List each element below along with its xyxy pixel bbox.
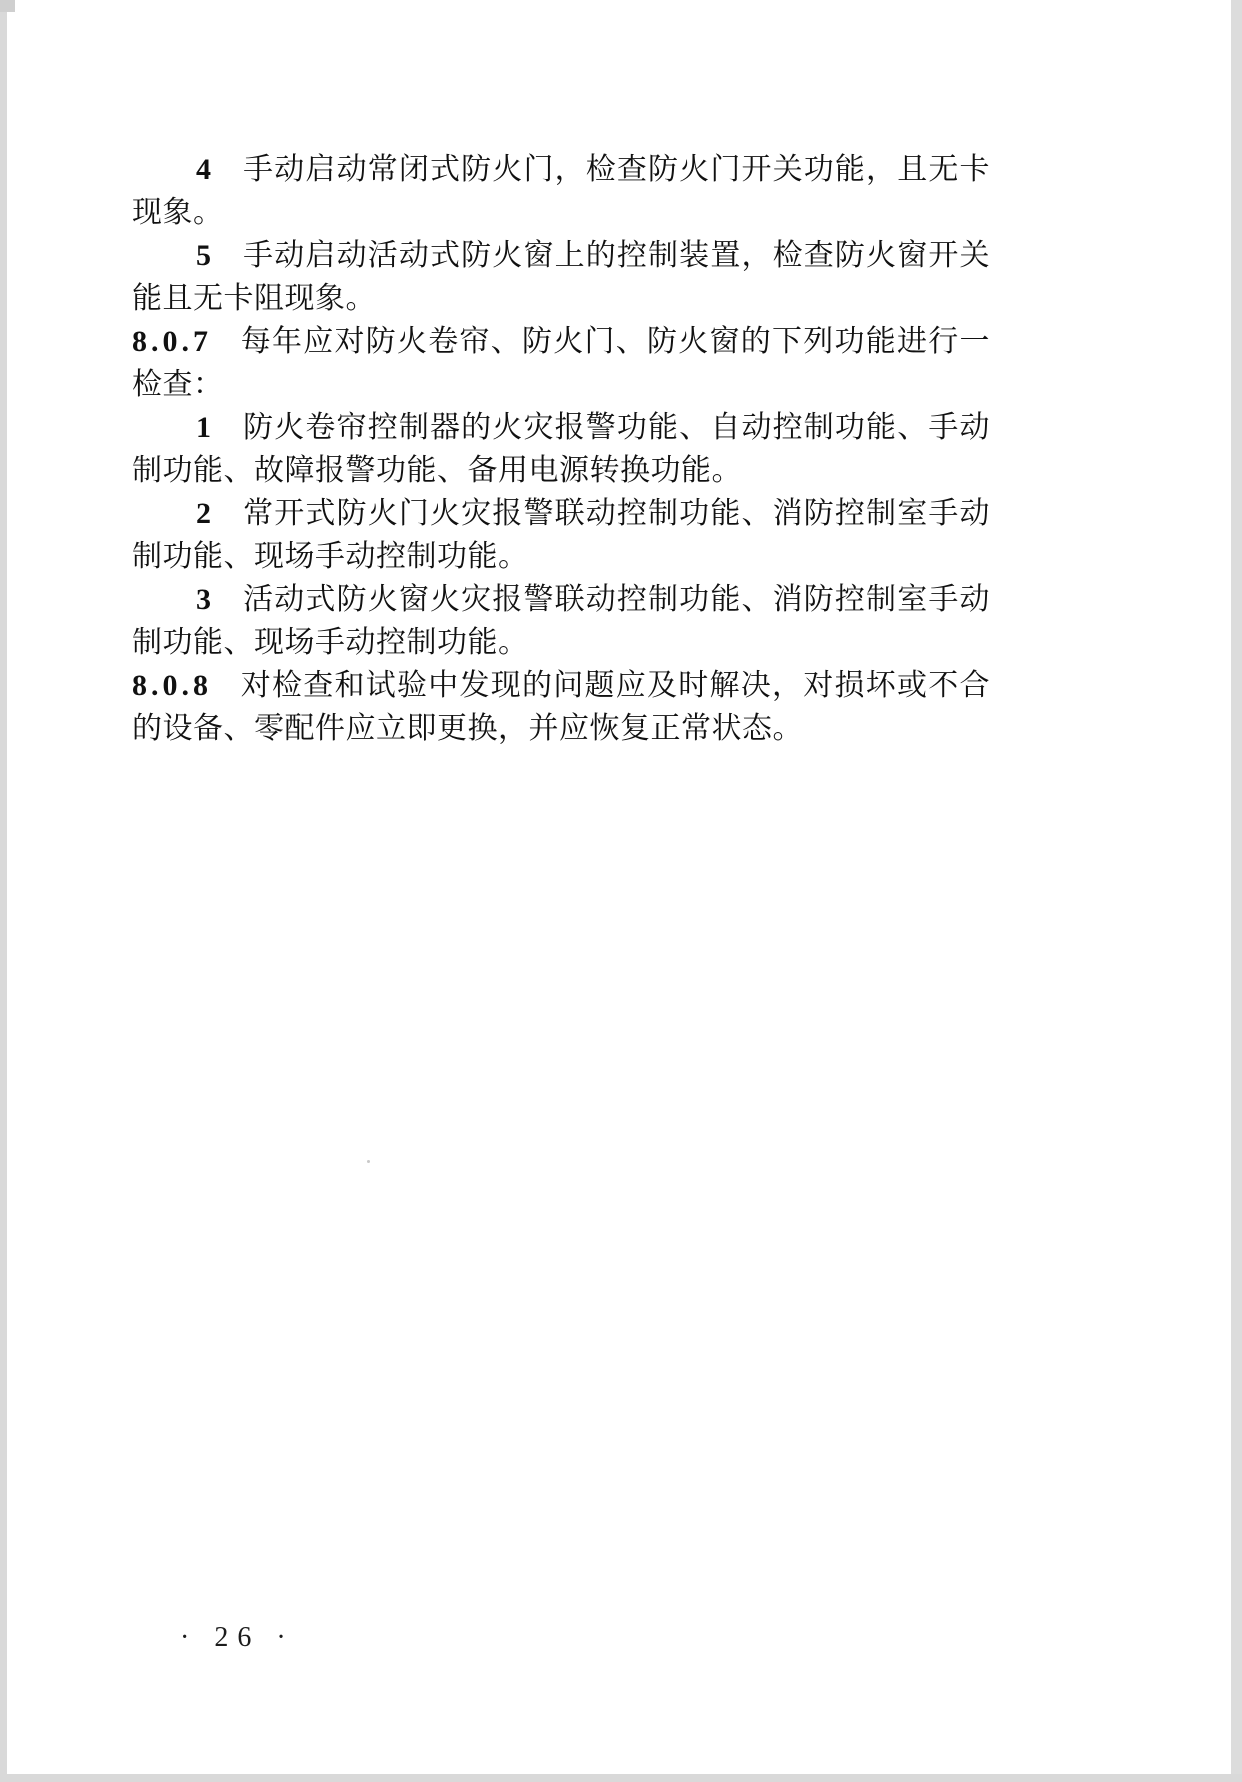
text-line: 制功能、现场手动控制功能。 [132, 535, 990, 578]
text-line: 制功能、现场手动控制功能。 [132, 621, 990, 664]
clause-number: 8.0.8 [132, 669, 212, 702]
line-text: 防火卷帘控制器的火灾报警功能、自动控制功能、手动控 [196, 411, 990, 449]
line-text: 检查： [132, 368, 224, 401]
page-corner-shadow [0, 0, 15, 12]
page-edge-right [1231, 0, 1242, 1782]
line-text: 制功能、故障报警功能、备用电源转换功能。 [132, 454, 742, 487]
line-text: 能且无卡阻现象。 [132, 282, 376, 315]
scan-speck [367, 1160, 370, 1163]
document-text-block: 4手动启动常闭式防火门，检查防火门开关功能，且无卡阻现象。5手动启动活动式防火窗… [132, 148, 990, 750]
item-number: 1 [196, 411, 212, 444]
text-line: 的设备、零配件应立即更换，并应恢复正常状态。 [132, 707, 990, 750]
page-number: · 26 · [180, 1622, 295, 1654]
text-line: 1防火卷帘控制器的火灾报警功能、自动控制功能、手动控 [132, 406, 990, 449]
line-text: 制功能、现场手动控制功能。 [132, 626, 529, 659]
page-edge-left [0, 0, 7, 1782]
line-text: 常开式防火门火灾报警联动控制功能、消防控制室手动控 [196, 497, 990, 535]
clause-number: 8.0.7 [132, 325, 212, 358]
page-edge-bottom [0, 1774, 1242, 1782]
text-line: 现象。 [132, 191, 990, 234]
item-number: 2 [196, 497, 212, 530]
text-line: 能且无卡阻现象。 [132, 277, 990, 320]
line-text: 活动式防火窗火灾报警联动控制功能、消防控制室手动控 [196, 583, 990, 621]
line-text: 的设备、零配件应立即更换，并应恢复正常状态。 [132, 712, 803, 745]
line-text: 对检查和试验中发现的问题应及时解决，对损坏或不合格 [132, 669, 990, 707]
line-text: 手动启动活动式防火窗上的控制装置，检查防火窗开关功 [196, 239, 990, 277]
text-line: 5手动启动活动式防火窗上的控制装置，检查防火窗开关功 [132, 234, 990, 277]
document-page: 4手动启动常闭式防火门，检查防火门开关功能，且无卡阻现象。5手动启动活动式防火窗… [0, 0, 1242, 1782]
line-text: 手动启动常闭式防火门，检查防火门开关功能，且无卡阻 [196, 153, 990, 191]
text-line: 检查： [132, 363, 990, 406]
text-line: 8.0.8对检查和试验中发现的问题应及时解决，对损坏或不合格 [132, 664, 990, 707]
text-line: 2常开式防火门火灾报警联动控制功能、消防控制室手动控 [132, 492, 990, 535]
line-text: 每年应对防火卷帘、防火门、防火窗的下列功能进行一次 [132, 325, 990, 363]
text-line: 8.0.7每年应对防火卷帘、防火门、防火窗的下列功能进行一次 [132, 320, 990, 363]
line-text: 现象。 [132, 196, 224, 229]
item-number: 4 [196, 153, 212, 186]
item-number: 5 [196, 239, 212, 272]
line-text: 制功能、现场手动控制功能。 [132, 540, 529, 573]
text-line: 4手动启动常闭式防火门，检查防火门开关功能，且无卡阻 [132, 148, 990, 191]
text-line: 制功能、故障报警功能、备用电源转换功能。 [132, 449, 990, 492]
item-number: 3 [196, 583, 212, 616]
text-line: 3活动式防火窗火灾报警联动控制功能、消防控制室手动控 [132, 578, 990, 621]
